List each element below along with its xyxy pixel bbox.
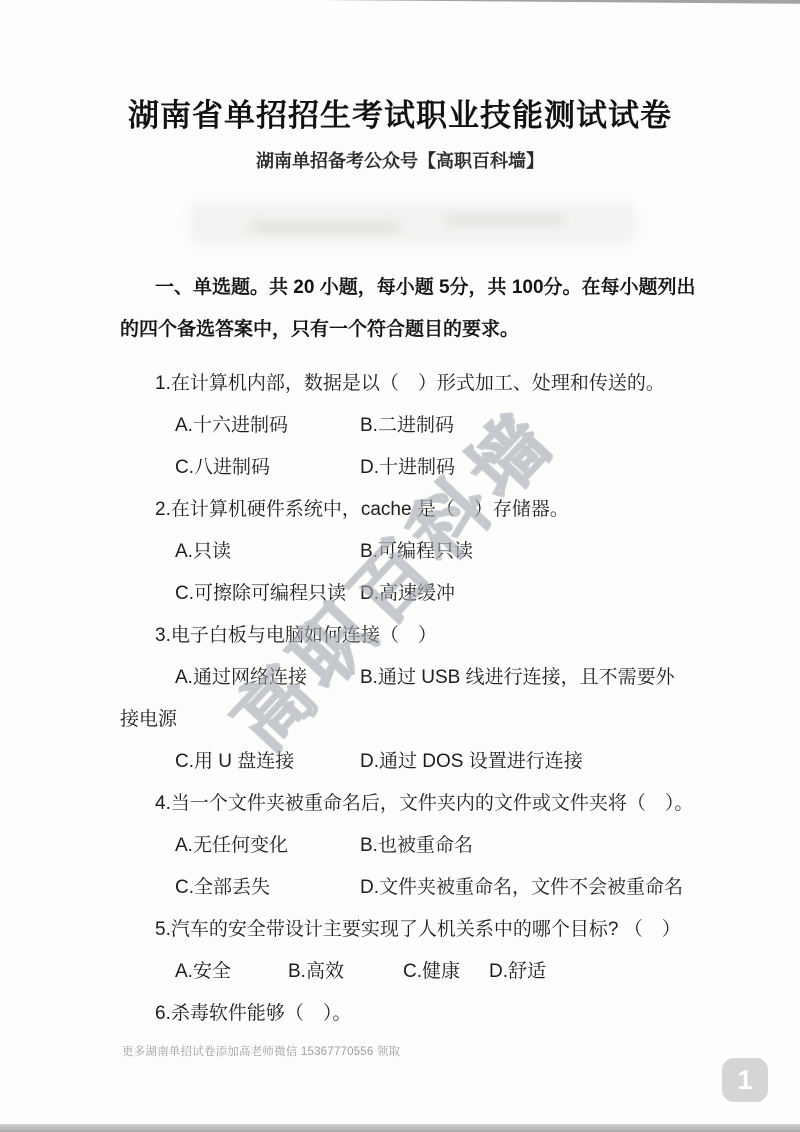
question-1-option-d: D.十进制码 [360, 457, 455, 478]
question-1-options-cd: C.八进制码D.十进制码 [120, 447, 730, 489]
section-heading: 一、单选题。共 20 小题，每小题 5分，共 100分。在每小题列出 的四个备选… [120, 267, 710, 351]
question-3-option-a: A.通过网络连接 [175, 657, 360, 699]
footer-contact-note: 更多湖南单招试卷添加高老师微信 15367770556 领取 [122, 1044, 400, 1060]
question-1-text: 1.在计算机内部，数据是以（ ）形式加工、处理和传送的。 [120, 363, 730, 405]
photo-edge-bottom [0, 1124, 800, 1132]
question-4-text: 4.当一个文件夹被重命名后，文件夹内的文件或文件夹将（ ）。 [120, 783, 730, 825]
question-5-options: A.安全B.高效C.健康D.舒适 [120, 951, 730, 993]
question-3-option-b: B.通过 USB 线进行连接，且不需要外 [360, 667, 675, 688]
question-3-option-d: D.通过 DOS 设置进行连接 [360, 751, 583, 772]
question-4-option-d: D.文件夹被重命名，文件不会被重命名 [360, 877, 683, 898]
page-number-badge: 1 [722, 1058, 768, 1102]
question-2-option-a: A.只读 [175, 531, 360, 573]
question-2-option-c: C.可擦除可编程只读 [175, 573, 360, 615]
question-5-option-c: C.健康 [403, 951, 489, 993]
question-5-option-a: A.安全 [175, 951, 288, 993]
section-heading-line-2: 的四个备选答案中，只有一个符合题目的要求。 [120, 309, 710, 351]
exam-title: 湖南省单招招生考试职业技能测试试卷 [0, 0, 800, 136]
question-1-option-c: C.八进制码 [175, 447, 360, 489]
question-1-options-ab: A.十六进制码B.二进制码 [120, 405, 730, 447]
section-heading-line-1: 一、单选题。共 20 小题，每小题 5分，共 100分。在每小题列出 [120, 267, 710, 309]
question-4-options-ab: A.无任何变化B.也被重命名 [120, 825, 730, 867]
question-2-options-cd: C.可擦除可编程只读D.高速缓冲 [120, 573, 730, 615]
question-3-option-b-wrap: 接电源 [120, 699, 730, 741]
question-list: 1.在计算机内部，数据是以（ ）形式加工、处理和传送的。 A.十六进制码B.二进… [120, 363, 730, 1035]
question-5-option-d: D.舒适 [489, 961, 546, 982]
question-3-text: 3.电子白板与电脑如何连接（ ） [120, 615, 730, 657]
exam-subtitle: 湖南单招备考公众号【高职百科墙】 [0, 149, 800, 174]
exam-document-page: 高职百科墙 湖南省单招招生考试职业技能测试试卷 湖南单招备考公众号【高职百科墙】… [0, 0, 800, 1132]
question-5-option-b: B.高效 [288, 951, 403, 993]
question-2-option-d: D.高速缓冲 [360, 583, 455, 604]
blurred-region [190, 203, 635, 243]
blur-smudge [445, 217, 565, 224]
question-3-options-cd: C.用 U 盘连接D.通过 DOS 设置进行连接 [120, 741, 730, 783]
question-2-text: 2.在计算机硬件系统中，cache 是（ ）存储器。 [120, 489, 730, 531]
question-5-text: 5.汽车的安全带设计主要实现了人机关系中的哪个目标? （ ） [120, 909, 730, 951]
question-2-options-ab: A.只读B.可编程只读 [120, 531, 730, 573]
question-2-option-b: B.可编程只读 [360, 541, 473, 562]
question-4-options-cd: C.全部丢失D.文件夹被重命名，文件不会被重命名 [120, 867, 730, 909]
blur-smudge [250, 223, 400, 231]
question-6-text: 6.杀毒软件能够（ ）。 [120, 993, 730, 1035]
question-4-option-b: B.也被重命名 [360, 835, 473, 856]
question-1-option-b: B.二进制码 [360, 415, 454, 436]
question-1-option-a: A.十六进制码 [175, 405, 360, 447]
question-4-option-c: C.全部丢失 [175, 867, 360, 909]
question-4-option-a: A.无任何变化 [175, 825, 360, 867]
question-3-options-ab: A.通过网络连接B.通过 USB 线进行连接，且不需要外 [120, 657, 730, 699]
question-3-option-c: C.用 U 盘连接 [175, 741, 360, 783]
